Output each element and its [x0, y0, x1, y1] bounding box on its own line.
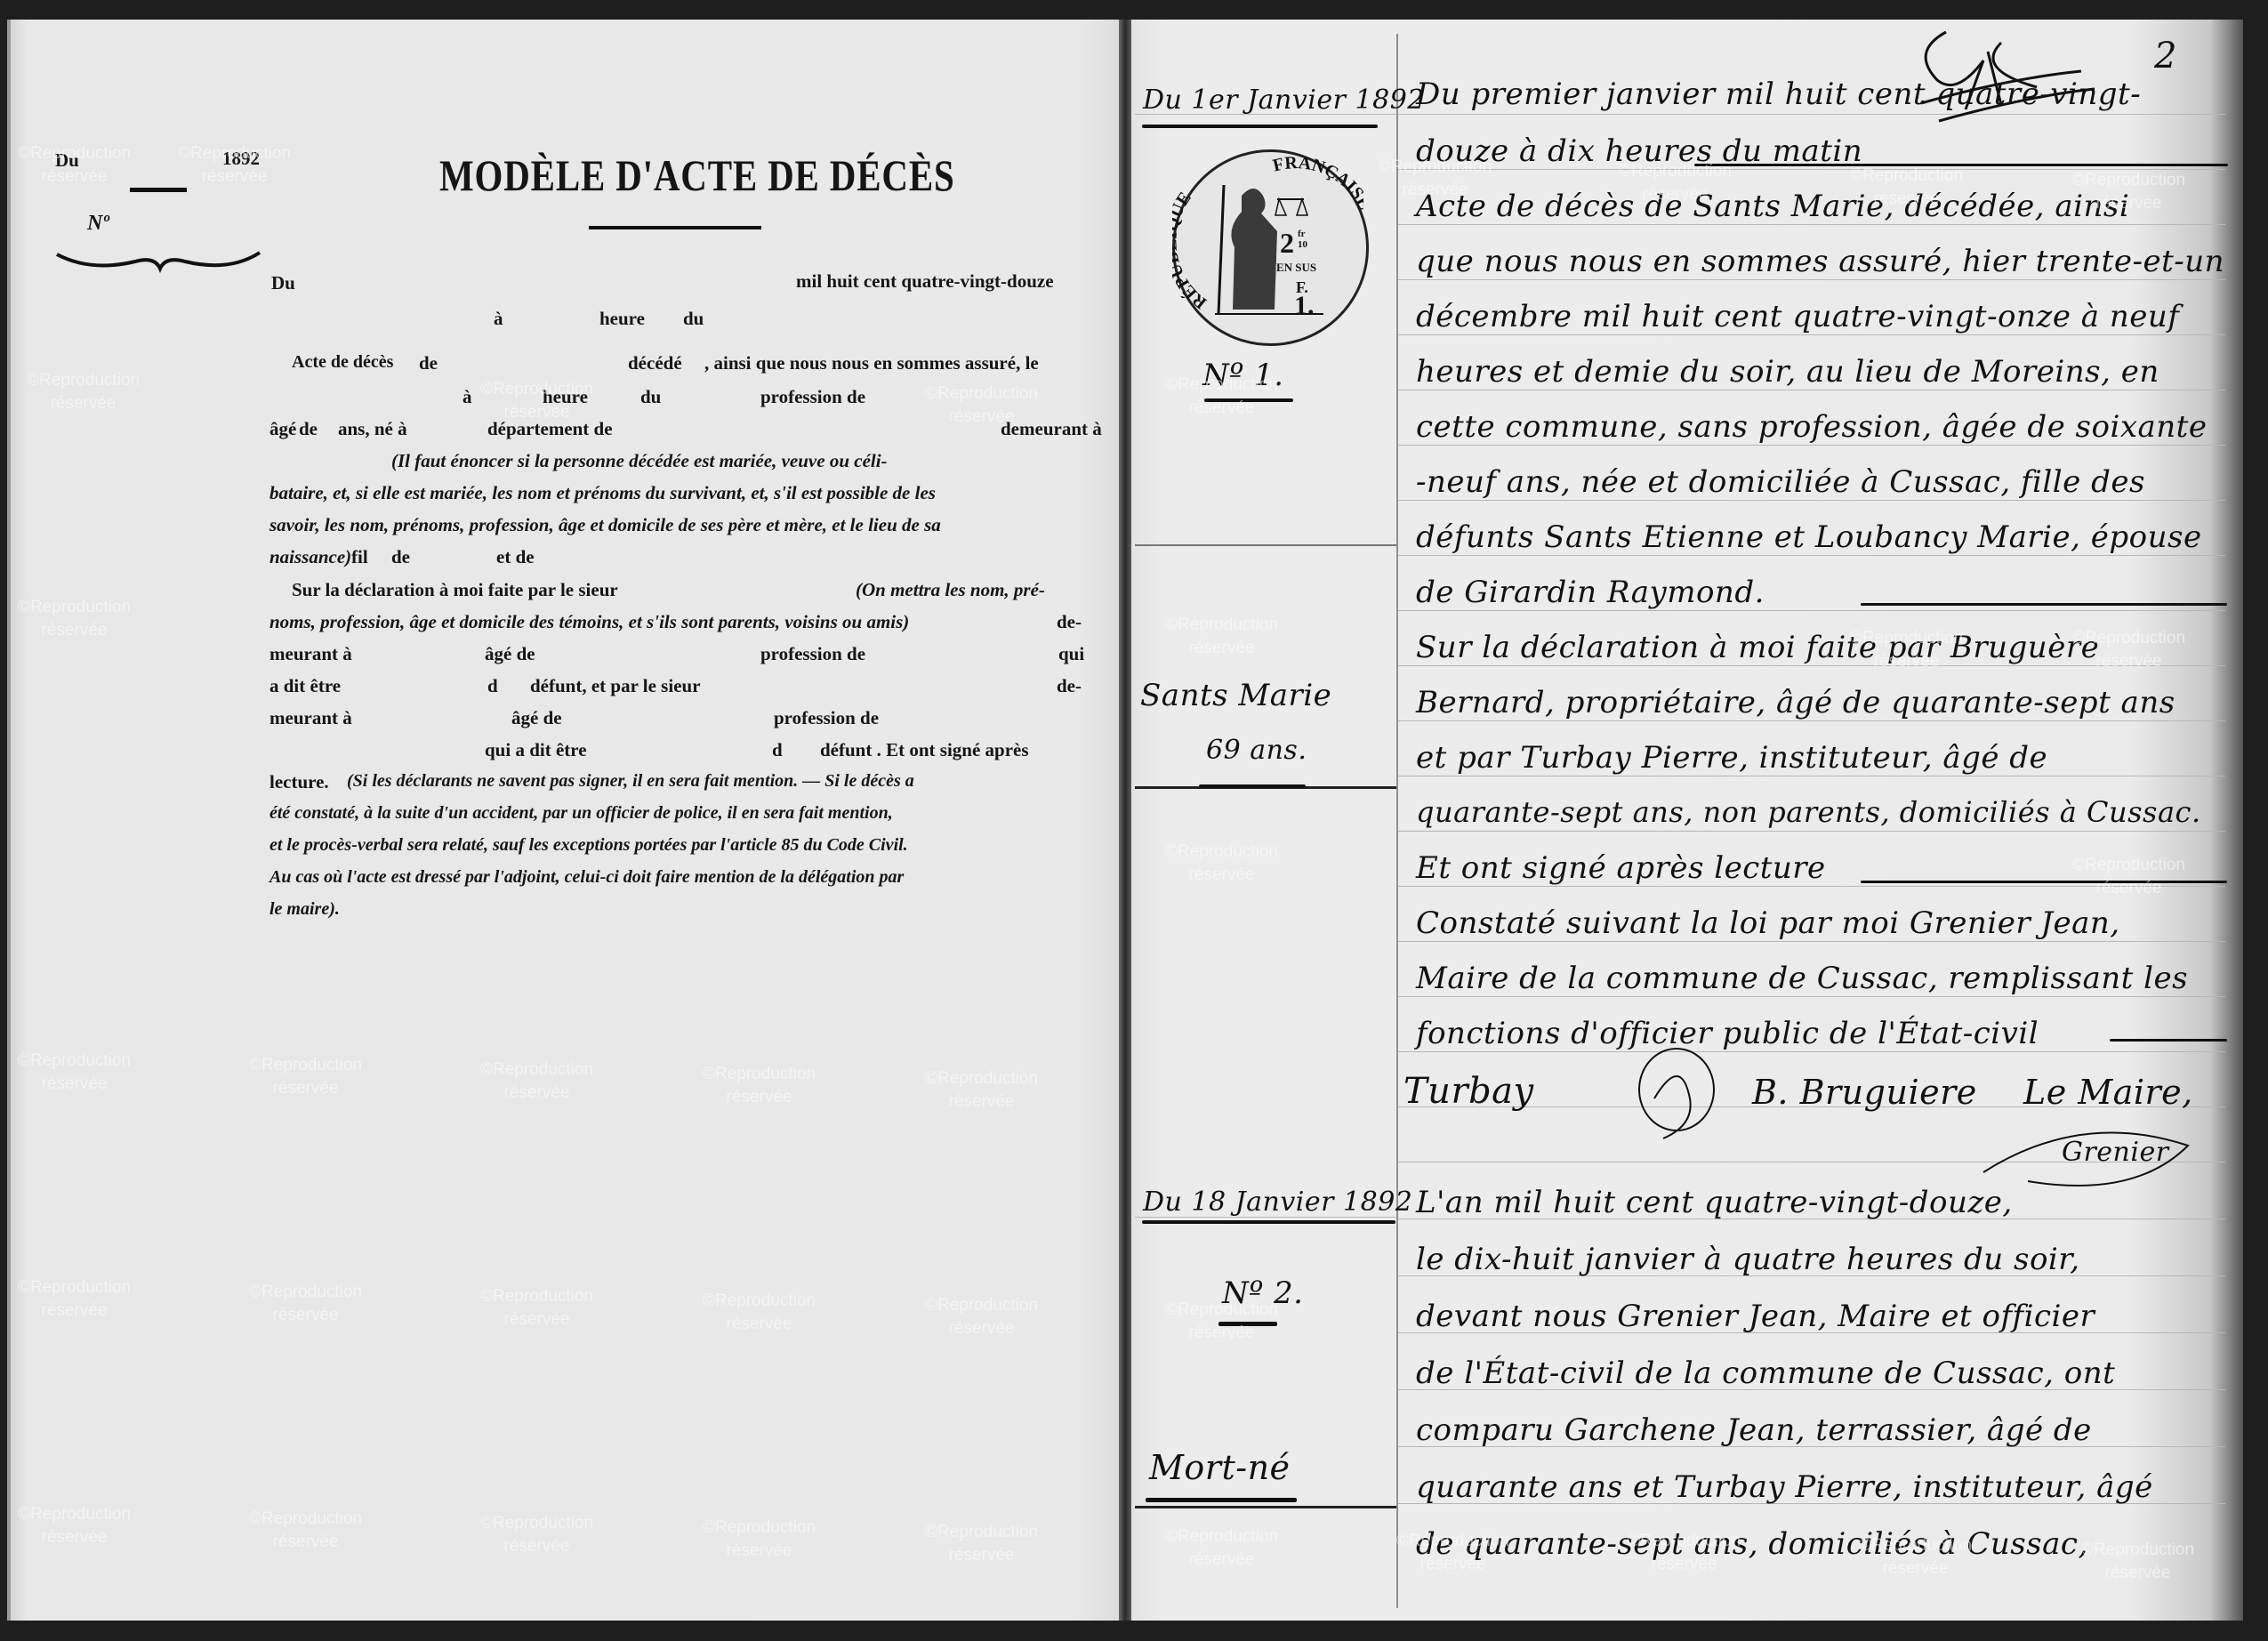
form-profession-3: profession de [774, 707, 879, 729]
entry1-line: heures et demie du soir, au lieu de More… [1416, 354, 2159, 390]
form-du: Du [271, 272, 295, 294]
form-a-2: à [462, 386, 472, 408]
stamp-value: 2 [1280, 227, 1294, 260]
signature-bruguiere: B. Bruguiere [1752, 1073, 1977, 1112]
entry1-line: Et ont signé après lecture [1416, 850, 1826, 886]
form-a: à [494, 308, 503, 330]
entry1-line: Bernard, propriétaire, âgé de quarante-s… [1416, 685, 2176, 720]
form-du-3: du [640, 386, 661, 408]
form-note-3-line3: et le procès-verbal sera relaté, sauf le… [269, 835, 908, 856]
form-age-de-3: âgé de [511, 707, 562, 729]
entry2-number: Nº 2. [1222, 1275, 1303, 1311]
line-filler [2110, 1039, 2227, 1042]
form-note-2: (On mettra les nom, pré- [856, 579, 1045, 601]
svg-text:RÉPUBLIQUE: RÉPUBLIQUE [1172, 189, 1210, 313]
stamp-f-number: 1. [1294, 291, 1315, 321]
entry1-line: -neuf ans, née et domiciliée à Cussac, f… [1416, 464, 2145, 500]
entry1-line: Constaté suivant la loi par moi Grenier … [1416, 905, 2120, 941]
entry2-line: de quarante-sept ans, domiciliés à Cussa… [1416, 1526, 2088, 1562]
form-d-2: d [772, 739, 783, 761]
entry1-number: Nº 1. [1202, 358, 1283, 393]
form-et-de: et de [496, 546, 535, 568]
entry1-line: Maire de la commune de Cussac, remplissa… [1416, 961, 2188, 996]
form-lecture: lecture. [269, 771, 329, 793]
entry-separator [1135, 1506, 1396, 1508]
form-decede: décédé [628, 352, 682, 374]
stamp-en-sus: EN SUS [1276, 261, 1316, 275]
stamp-marianne-icon: RÉPUBLIQUE FRANÇAISE [1172, 149, 1363, 341]
entry2-date: Du 18 Janvier 1892 [1143, 1187, 1412, 1218]
form-assure: , ainsi que nous nous en sommes assuré, … [704, 352, 1039, 374]
form-de-hyphen: de- [1057, 675, 1082, 697]
form-declaration: Sur la déclaration à moi faite par le si… [292, 579, 618, 601]
form-defunt-signe: défunt . Et ont signé après [820, 739, 1029, 761]
entry2-line: le dix-huit janvier à quatre heures du s… [1416, 1242, 2080, 1277]
line-filler [1861, 881, 2227, 883]
form-qui-a-dit-etre: qui a dit être [485, 739, 587, 761]
ruled-line [1398, 776, 2225, 776]
form-qui: qui [1058, 643, 1084, 665]
ruled-line [1398, 279, 2225, 280]
entry2-status-underline [1146, 1498, 1297, 1502]
form-acte-de-deces: Acte de décès [292, 352, 393, 373]
entry1-line: défunts Sants Etienne et Loubancy Marie,… [1416, 519, 2202, 555]
line-filler [1861, 603, 2227, 606]
entry1-line: et par Turbay Pierre, instituteur, âgé d… [1416, 740, 2047, 776]
page-title: MODÈLE D'ACTE DE DÉCÈS [439, 149, 955, 201]
ruled-line [1398, 224, 2225, 225]
ruled-line [1398, 500, 2225, 501]
title-underline [589, 226, 761, 229]
ruled-line [1398, 555, 2225, 556]
ruled-line [1398, 941, 2225, 942]
signature-grenier-flourish-icon [1974, 1119, 2197, 1190]
entry1-line: décembre mil huit cent quatre-vingt-onze… [1416, 299, 2179, 334]
entry1-line: que nous nous en sommes assuré, hier tre… [1416, 244, 2224, 279]
entry1-line: quarante-sept ans, non parents, domicili… [1416, 795, 2201, 829]
form-note-2-de: de- [1057, 611, 1082, 633]
ruled-line [1398, 334, 2225, 335]
header-year: 1892 [222, 148, 260, 170]
ruled-line [1398, 390, 2225, 390]
form-note-3-line4: Au cas où l'acte est dressé par l'adjoin… [269, 867, 904, 888]
page-number: 2 [2154, 36, 2177, 76]
form-departement: département de [487, 418, 613, 440]
ruled-line [1398, 610, 2225, 611]
form-a-dit-etre: a dit être [269, 675, 341, 697]
line-filler [1694, 164, 2228, 166]
entry1-line: Sur la déclaration à moi faite par Brugu… [1416, 630, 2099, 665]
header-du-label: Du [55, 149, 79, 172]
ruled-line [1398, 720, 2225, 721]
entry1-number-underline [1204, 398, 1293, 402]
form-d: d [487, 675, 498, 697]
entry1-line: Acte de décès de Sants Marie, décédée, a… [1416, 189, 2129, 224]
form-meurant-a-2: meurant à [269, 707, 352, 729]
form-note-1-line3: savoir, les nom, prénoms, profession, âg… [269, 514, 941, 536]
form-heure: heure [599, 308, 645, 330]
form-acte-de: de [419, 352, 438, 374]
header-no-label: Nº [87, 212, 109, 236]
form-note-1: (Il faut énoncer si la personne décédée … [391, 450, 888, 472]
form-year-words: mil huit cent quatre-vingt-douze [796, 270, 1054, 293]
form-note-3-line5: le maire). [269, 899, 340, 920]
form-ans-ne: ans, né à [338, 418, 407, 440]
form-heure-2: heure [543, 386, 588, 408]
form-fil-de: de [391, 546, 410, 568]
form-demeurant: demeurant à [1001, 418, 1102, 440]
ruled-line [1398, 169, 2225, 170]
form-defunt-sieur: défunt, et par le sieur [530, 675, 701, 697]
form-note-2-line2: noms, profession, âge et domicile des té… [269, 611, 909, 633]
form-age-de: de [299, 418, 318, 440]
entry2-line: quarante ans et Turbay Pierre, institute… [1416, 1469, 2153, 1505]
ruled-line [1398, 1051, 2225, 1052]
entry2-line: L'an mil huit cent quatre-vingt-douze, [1416, 1185, 2013, 1220]
form-age-de-2: âgé de [485, 643, 535, 665]
form-note-1-end: naissance) [269, 546, 351, 568]
entry1-line: Du premier janvier mil huit cent quatre-… [1416, 76, 2141, 112]
form-note-1-line2: bataire, et, si elle est mariée, les nom… [269, 482, 936, 504]
header-number-rule [130, 188, 187, 192]
stamp-fraction: fr 10 [1298, 229, 1317, 250]
ruled-line [1398, 445, 2225, 446]
entry1-line: cette commune, sans profession, âgée de … [1416, 409, 2207, 445]
entry1-line: de Girardin Raymond. [1416, 575, 1765, 610]
entry2-line: devant nous Grenier Jean, Maire et offic… [1416, 1299, 2095, 1334]
entry2-line: de l'État-civil de la commune de Cussac,… [1416, 1355, 2115, 1391]
ruled-line [1398, 996, 2225, 997]
signature-flourish-icon [1628, 1045, 1725, 1143]
form-fil: fil [351, 546, 368, 568]
entry2-line: comparu Garchene Jean, terrassier, âgé d… [1416, 1412, 2092, 1448]
entry2-deceased-status: Mort-né [1149, 1448, 1291, 1487]
ruled-line [1398, 831, 2225, 832]
entry1-age-underline [1199, 784, 1306, 788]
form-profession: profession de [760, 386, 865, 408]
form-profession-2: profession de [760, 643, 865, 665]
margin-ruled-line [1135, 544, 1396, 546]
decorative-flourish-icon [55, 245, 261, 278]
form-note-3-line2: été constaté, à la suite d'un accident, … [269, 803, 893, 824]
form-note-3-line1: (Si les déclarants ne savent pas signer,… [347, 771, 914, 792]
form-age: âgé [269, 418, 296, 440]
signature-le-maire-label: Le Maire, [2023, 1073, 2193, 1112]
entry2-number-underline [1218, 1322, 1277, 1326]
signature-turbay: Turbay [1403, 1071, 1534, 1112]
svg-text:FRANÇAISE: FRANÇAISE [1271, 153, 1363, 213]
entry2-date-underline [1142, 1220, 1395, 1224]
entry1-date-underline [1142, 125, 1378, 128]
revenue-stamp: RÉPUBLIQUE FRANÇAISE 2 fr 10 EN SUS F. 1… [1172, 149, 1369, 346]
entry1-deceased-age: 69 ans. [1206, 735, 1307, 766]
ruled-line [1398, 886, 2225, 887]
entry1-line: fonctions d'officier public de l'État-ci… [1416, 1016, 2039, 1051]
book-gutter [1119, 20, 1131, 1621]
entry1-date: Du 1er Janvier 1892 [1143, 84, 1425, 116]
form-du-2: du [683, 308, 704, 330]
margin-divider [1396, 34, 1398, 1608]
entry1-deceased-name: Sants Marie [1140, 678, 1331, 713]
form-meurant-a: meurant à [269, 643, 352, 665]
ruled-line [1398, 665, 2225, 666]
